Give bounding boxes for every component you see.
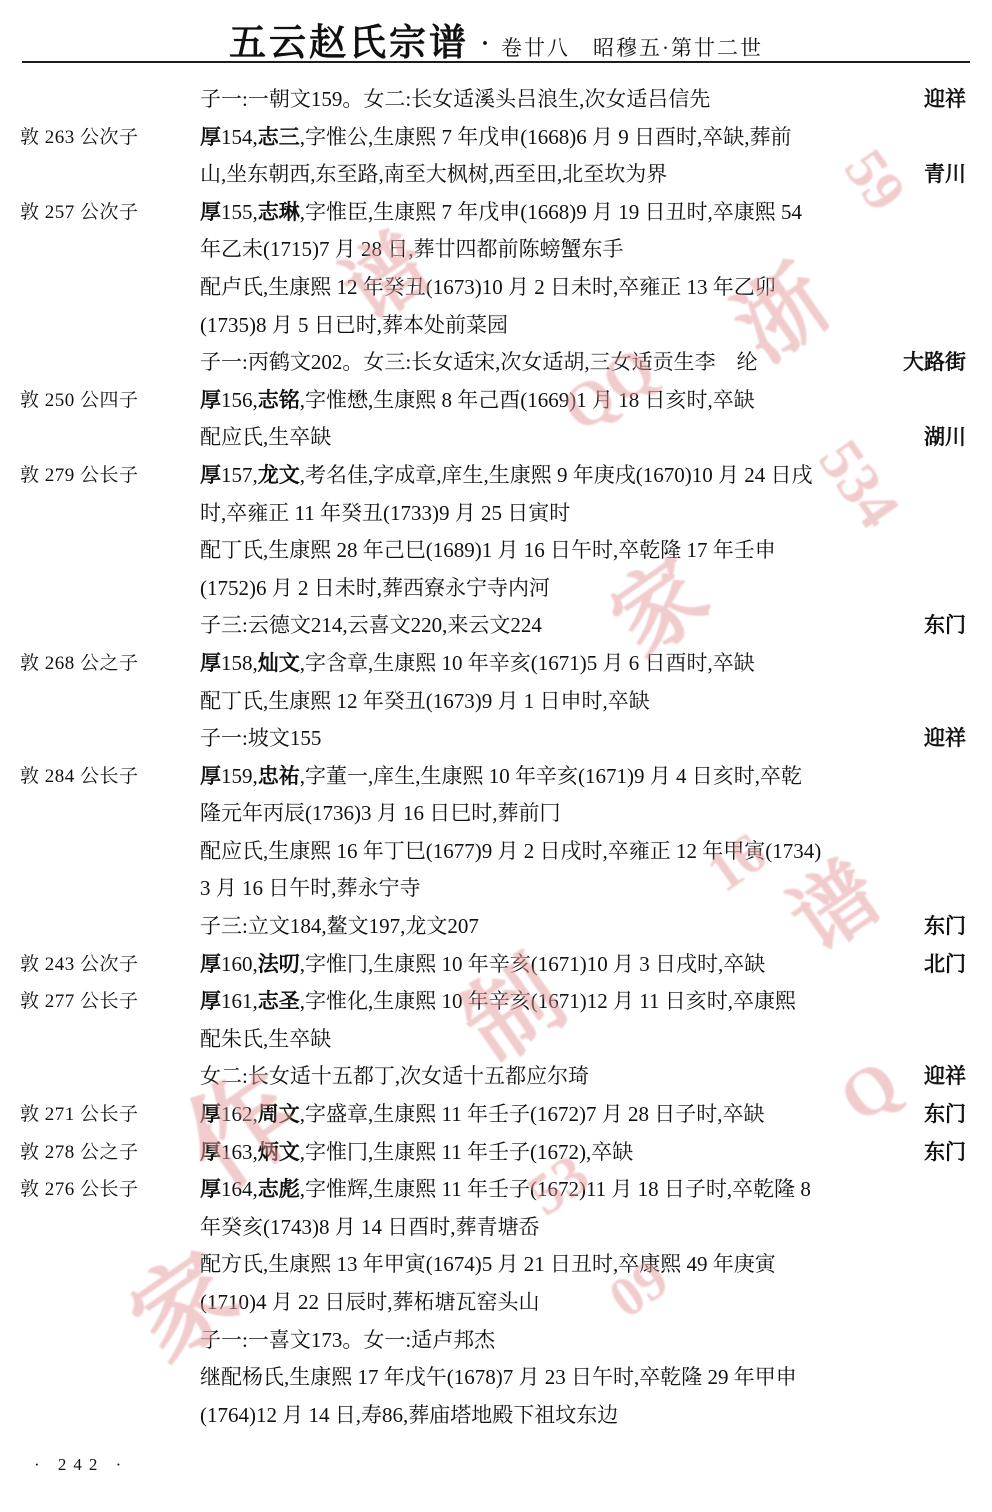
person-name: 龙文 bbox=[258, 463, 300, 487]
entry-label: 敦 250 公四子 bbox=[20, 382, 139, 420]
entry-label: 敦 263 公次子 bbox=[20, 119, 139, 157]
header-divider bbox=[22, 61, 970, 63]
genealogy-line: 子一:丙鹤文202。女三:长女适宋,次女适胡,三女适贡生李 纶大路街 bbox=[200, 344, 966, 382]
genealogy-line: 配朱氏,生卒缺 bbox=[200, 1021, 966, 1059]
location-tag: 东门 bbox=[924, 607, 966, 645]
person-name: 忠祐 bbox=[258, 764, 300, 788]
volume-subtitle: 卷廿八 昭穆五·第廿二世 bbox=[501, 32, 763, 62]
entry-text: 配应氏,生卒缺 bbox=[200, 425, 331, 449]
genealogy-line: 配应氏,生卒缺湖川 bbox=[200, 419, 966, 457]
person-name: 厚 bbox=[200, 388, 221, 412]
location-tag: 东门 bbox=[924, 1134, 966, 1172]
entry-text: ,字含章,生康熙 10 年辛亥(1671)5 月 6 日酉时,卒缺 bbox=[300, 651, 755, 675]
genealogy-line: 敦 277 公长子厚161,志圣,字惟化,生康熙 10 年辛亥(1671)12 … bbox=[200, 983, 966, 1021]
genealogy-line: 隆元年丙辰(1736)3 月 16 日巳时,葬前冂 bbox=[200, 795, 966, 833]
entry-text: ,字惟辉,生康熙 11 年壬子(1672)11 月 18 日子时,卒乾隆 8 bbox=[300, 1177, 811, 1201]
entry-label: 敦 271 公长子 bbox=[20, 1096, 139, 1134]
person-name: 法叨 bbox=[258, 952, 300, 976]
entry-text: ,字惟懋,生康熙 8 年己酉(1669)1 月 18 日亥时,卒缺 bbox=[300, 388, 755, 412]
person-name: 志铭 bbox=[258, 388, 300, 412]
book-title: 五云赵氏宗谱 bbox=[229, 12, 469, 66]
entry-text: ,字惟臣,生康熙 7 年戊申(1668)9 月 19 日丑时,卒康熙 54 bbox=[300, 200, 802, 224]
location-tag: 东门 bbox=[924, 908, 966, 946]
person-name: 厚 bbox=[200, 125, 221, 149]
entry-label: 敦 284 公长子 bbox=[20, 758, 139, 796]
entry-text: (1752)6 月 2 日未时,葬西寮永宁寺内河 bbox=[200, 576, 550, 600]
entry-text: 3 月 16 日午时,葬永宁寺 bbox=[200, 876, 421, 900]
genealogy-line: 子一:一喜文173。女一:适卢邦杰 bbox=[200, 1322, 966, 1360]
person-name: 厚 bbox=[200, 1102, 221, 1126]
entry-text: ,字惟冂,生康熙 10 年辛亥(1671)10 月 3 日戌时,卒缺 bbox=[300, 952, 766, 976]
genealogy-page: 谱浙QQ59534家16谱制53Q作家09 五云赵氏宗谱 · 卷廿八 昭穆五·第… bbox=[0, 0, 992, 1512]
person-name: 厚 bbox=[200, 1177, 221, 1201]
page-number: · 242 · bbox=[34, 1455, 128, 1475]
genealogy-line: 时,卒雍正 11 年癸丑(1733)9 月 25 日寅时 bbox=[200, 495, 966, 533]
entry-text: 156, bbox=[221, 388, 258, 412]
entry-text: 子三:云德文214,云喜文220,来云文224 bbox=[200, 613, 542, 637]
person-name: 厚 bbox=[200, 1140, 221, 1164]
person-name: 厚 bbox=[200, 764, 221, 788]
entry-text: ,字董一,庠生,生康熙 10 年辛亥(1671)9 月 4 日亥时,卒乾 bbox=[300, 764, 802, 788]
entry-text: 子一:丙鹤文202。女三:长女适宋,次女适胡,三女适贡生李 纶 bbox=[200, 350, 758, 374]
person-name: 厚 bbox=[200, 651, 221, 675]
genealogy-line: 敦 276 公长子厚164,志彪,字惟辉,生康熙 11 年壬子(1672)11 … bbox=[200, 1171, 966, 1209]
person-name: 志彪 bbox=[258, 1177, 300, 1201]
entry-label: 敦 257 公次子 bbox=[20, 194, 139, 232]
entry-text: 158, bbox=[221, 651, 258, 675]
genealogy-line: 子一:坡文155迎祥 bbox=[200, 720, 966, 758]
entry-label: 敦 278 公之子 bbox=[20, 1134, 139, 1172]
genealogy-line: 敦 263 公次子厚154,志三,字惟公,生康熙 7 年戊申(1668)6 月 … bbox=[200, 119, 966, 157]
genealogy-line: 配方氏,生康熙 13 年甲寅(1674)5 月 21 日丑时,卒康熙 49 年庚… bbox=[200, 1246, 966, 1284]
entry-text: 子一:一喜文173。女一:适卢邦杰 bbox=[200, 1328, 495, 1352]
page-header: 五云赵氏宗谱 · 卷廿八 昭穆五·第廿二世 bbox=[0, 12, 992, 66]
entry-text: (1764)12 月 14 日,寿86,葬庙塔地殿下祖坟东边 bbox=[200, 1403, 618, 1427]
location-tag: 北门 bbox=[924, 946, 966, 984]
entry-text: 山,坐东朝西,东至路,南至大枫树,西至田,北至坎为界 bbox=[200, 162, 667, 186]
entry-text: 154, bbox=[221, 125, 258, 149]
location-tag: 湖川 bbox=[924, 419, 966, 457]
person-name: 厚 bbox=[200, 989, 221, 1013]
location-tag: 大路街 bbox=[903, 344, 966, 382]
entry-text: 155, bbox=[221, 200, 258, 224]
entry-text: ,字盛章,生康熙 11 年壬子(1672)7 月 28 日子时,卒缺 bbox=[300, 1102, 765, 1126]
person-name: 厚 bbox=[200, 952, 221, 976]
person-name: 志琳 bbox=[258, 200, 300, 224]
entry-text: 女二:长女适十五都丁,次女适十五都应尔琦 bbox=[200, 1064, 589, 1088]
genealogy-line: 配应氏,生康熙 16 年丁巳(1677)9 月 2 日戌时,卒雍正 12 年甲寅… bbox=[200, 833, 966, 871]
genealogy-line: (1710)4 月 22 日辰时,葬柘塘瓦窑头山 bbox=[200, 1284, 966, 1322]
genealogy-line: 子一:一朝文159。女二:长女适溪头吕浪生,次女适吕信先迎祥 bbox=[200, 81, 966, 119]
entry-text: 配方氏,生康熙 13 年甲寅(1674)5 月 21 日丑时,卒康熙 49 年庚… bbox=[200, 1252, 776, 1276]
genealogy-line: 敦 279 公长子厚157,龙文,考名佳,字成章,庠生,生康熙 9 年庚戌(16… bbox=[200, 457, 966, 495]
genealogy-line: 年癸亥(1743)8 月 14 日酉时,葬青塘岙 bbox=[200, 1209, 966, 1247]
genealogy-line: (1752)6 月 2 日未时,葬西寮永宁寺内河 bbox=[200, 570, 966, 608]
entry-label: 敦 277 公长子 bbox=[20, 983, 139, 1021]
entry-text: 配丁氏,生康熙 28 年己巳(1689)1 月 16 日午时,卒乾隆 17 年壬… bbox=[200, 538, 776, 562]
genealogy-line: 配卢氏,生康熙 12 年癸丑(1673)10 月 2 日未时,卒雍正 13 年乙… bbox=[200, 269, 966, 307]
entry-text: ,字惟公,生康熙 7 年戊申(1668)6 月 9 日酉时,卒缺,葬前 bbox=[300, 125, 792, 149]
location-tag: 迎祥 bbox=[924, 81, 966, 119]
entry-text: 子一:一朝文159。女二:长女适溪头吕浪生,次女适吕信先 bbox=[200, 87, 710, 111]
genealogy-line: 女二:长女适十五都丁,次女适十五都应尔琦迎祥 bbox=[200, 1058, 966, 1096]
entry-text: 年乙未(1715)7 月 28 日,葬廿四都前陈螃蟹东手 bbox=[200, 237, 624, 261]
entry-text: 164, bbox=[221, 1177, 258, 1201]
entry-text: (1735)8 月 5 日已时,葬本处前菜园 bbox=[200, 313, 508, 337]
entry-text: 配卢氏,生康熙 12 年癸丑(1673)10 月 2 日未时,卒雍正 13 年乙… bbox=[200, 275, 776, 299]
genealogy-line: 子三:云德文214,云喜文220,来云文224东门 bbox=[200, 607, 966, 645]
genealogy-line: 年乙未(1715)7 月 28 日,葬廿四都前陈螃蟹东手 bbox=[200, 231, 966, 269]
person-name: 周文 bbox=[258, 1102, 300, 1126]
genealogy-line: 敦 278 公之子厚163,炳文,字惟冂,生康熙 11 年壬子(1672),卒缺… bbox=[200, 1134, 966, 1172]
genealogy-line: (1764)12 月 14 日,寿86,葬庙塔地殿下祖坟东边 bbox=[200, 1397, 966, 1435]
genealogy-line: 敦 250 公四子厚156,志铭,字惟懋,生康熙 8 年己酉(1669)1 月 … bbox=[200, 382, 966, 420]
location-tag: 迎祥 bbox=[924, 1058, 966, 1096]
genealogy-line: 3 月 16 日午时,葬永宁寺 bbox=[200, 870, 966, 908]
entry-text: 配朱氏,生卒缺 bbox=[200, 1027, 331, 1051]
person-name: 志圣 bbox=[258, 989, 300, 1013]
person-name: 志三 bbox=[258, 125, 300, 149]
entry-text: 配应氏,生康熙 16 年丁巳(1677)9 月 2 日戌时,卒雍正 12 年甲寅… bbox=[200, 839, 821, 863]
person-name: 厚 bbox=[200, 463, 221, 487]
genealogy-line: 敦 257 公次子厚155,志琳,字惟臣,生康熙 7 年戊申(1668)9 月 … bbox=[200, 194, 966, 232]
entry-text: 时,卒雍正 11 年癸丑(1733)9 月 25 日寅时 bbox=[200, 501, 570, 525]
entry-text: 163, bbox=[221, 1140, 258, 1164]
genealogy-line: 敦 268 公之子厚158,灿文,字含章,生康熙 10 年辛亥(1671)5 月… bbox=[200, 645, 966, 683]
entry-label: 敦 268 公之子 bbox=[20, 645, 139, 683]
entry-text: 160, bbox=[221, 952, 258, 976]
location-tag: 青川 bbox=[924, 156, 966, 194]
entry-text: 子三:立文184,鳌文197,龙文207 bbox=[200, 914, 479, 938]
content-rows: 子一:一朝文159。女二:长女适溪头吕浪生,次女适吕信先迎祥敦 263 公次子厚… bbox=[200, 81, 966, 1434]
genealogy-line: 山,坐东朝西,东至路,南至大枫树,西至田,北至坎为界青川 bbox=[200, 156, 966, 194]
person-name: 厚 bbox=[200, 200, 221, 224]
entry-text: 161, bbox=[221, 989, 258, 1013]
genealogy-line: 子三:立文184,鳌文197,龙文207东门 bbox=[200, 908, 966, 946]
entry-label: 敦 276 公长子 bbox=[20, 1171, 139, 1209]
person-name: 灿文 bbox=[258, 651, 300, 675]
entry-text: 子一:坡文155 bbox=[200, 726, 321, 750]
entry-text: 年癸亥(1743)8 月 14 日酉时,葬青塘岙 bbox=[200, 1215, 540, 1239]
entry-text: 157, bbox=[221, 463, 258, 487]
genealogy-line: (1735)8 月 5 日已时,葬本处前菜园 bbox=[200, 307, 966, 345]
entry-text: ,字惟冂,生康熙 11 年壬子(1672),卒缺 bbox=[300, 1140, 633, 1164]
entry-text: 隆元年丙辰(1736)3 月 16 日巳时,葬前冂 bbox=[200, 801, 561, 825]
entry-text: 159, bbox=[221, 764, 258, 788]
entry-text: ,考名佳,字成章,庠生,生康熙 9 年庚戌(1670)10 月 24 日戌 bbox=[300, 463, 813, 487]
entry-label: 敦 279 公长子 bbox=[20, 457, 139, 495]
entry-text: (1710)4 月 22 日辰时,葬柘塘瓦窑头山 bbox=[200, 1290, 540, 1314]
genealogy-line: 继配杨氏,生康熙 17 年戊午(1678)7 月 23 日午时,卒乾隆 29 年… bbox=[200, 1359, 966, 1397]
genealogy-line: 敦 243 公次子厚160,法叨,字惟冂,生康熙 10 年辛亥(1671)10 … bbox=[200, 946, 966, 984]
entry-text: 配丁氏,生康熙 12 年癸丑(1673)9 月 1 日申时,卒缺 bbox=[200, 689, 650, 713]
entry-label: 敦 243 公次子 bbox=[20, 946, 139, 984]
genealogy-line: 配丁氏,生康熙 28 年己巳(1689)1 月 16 日午时,卒乾隆 17 年壬… bbox=[200, 532, 966, 570]
genealogy-line: 敦 271 公长子厚162,周文,字盛章,生康熙 11 年壬子(1672)7 月… bbox=[200, 1096, 966, 1134]
entry-text: ,字惟化,生康熙 10 年辛亥(1671)12 月 11 日亥时,卒康熙 bbox=[300, 989, 796, 1013]
location-tag: 东门 bbox=[924, 1096, 966, 1134]
entry-text: 162, bbox=[221, 1102, 258, 1126]
genealogy-line: 配丁氏,生康熙 12 年癸丑(1673)9 月 1 日申时,卒缺 bbox=[200, 683, 966, 721]
entry-text: 继配杨氏,生康熙 17 年戊午(1678)7 月 23 日午时,卒乾隆 29 年… bbox=[200, 1365, 797, 1389]
title-separator-dot: · bbox=[481, 31, 489, 58]
genealogy-line: 敦 284 公长子厚159,忠祐,字董一,庠生,生康熙 10 年辛亥(1671)… bbox=[200, 758, 966, 796]
location-tag: 迎祥 bbox=[924, 720, 966, 758]
person-name: 炳文 bbox=[258, 1140, 300, 1164]
